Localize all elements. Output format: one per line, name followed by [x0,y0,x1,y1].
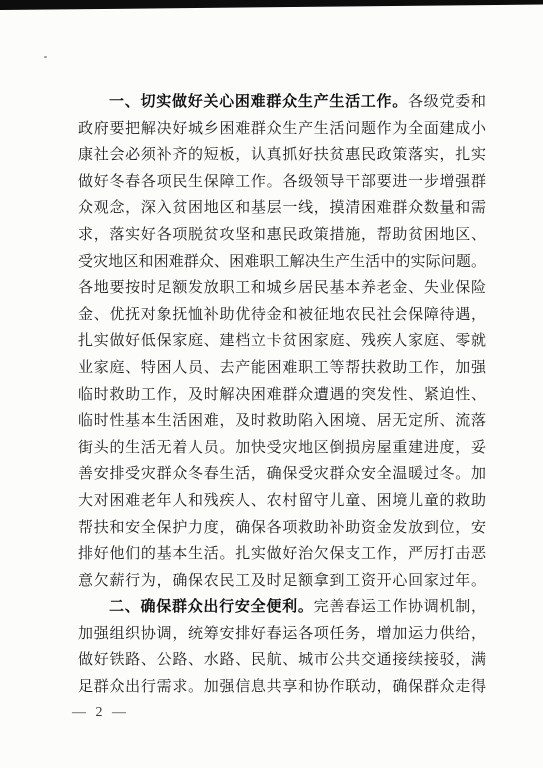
text-line: 二、确保群众出行安全便利。完善春运工作协调机制， [78,594,486,621]
text-line: 加强组织协调，统筹安排好春运各项任务，增加运力供给， [78,621,486,648]
body-text: 金、优抚对象抚恤补助优待金和被征地农民社会保障待遇， [78,307,486,323]
body-text: 各地要按时足额发放职工和城乡居民基本养老金、失业保险 [78,280,486,296]
body-text: 康社会必须补齐的短板，认真抓好扶贫惠民政策落实，扎实 [78,147,486,163]
section-heading: 一、切实做好关心困难群众生产生活工作。 [109,93,408,110]
body-text: 排好他们的基本生活。扎实做好治欠保支工作，严厉打击恶 [78,546,486,562]
scan-artifact-top-bar [0,0,543,10]
body-text: 意欠薪行为，确保农民工及时足额拿到工资开心回家过年。 [78,573,486,589]
body-text: 大对困难老年人和残疾人、农村留守儿童、困境儿童的救助 [78,493,486,509]
text-line: 帮扶和安全保护力度，确保各项救助补助资金发放到位，安 [78,515,486,542]
body-text: 业家庭、特困人员、去产能困难职工等帮扶救助工作，加强 [78,360,486,376]
text-line: 求，落实好各项脱贫攻坚和惠民政策措施，帮助贫困地区、 [78,222,486,249]
body-text: 做好铁路、公路、水路、民航、城市公共交通接续接驳，满 [78,652,486,668]
body-text: 政府要把解决好城乡困难群众生产生活问题作为全面建成小 [78,121,486,137]
body-text: 求，落实好各项脱贫攻坚和惠民政策措施，帮助贫困地区、 [78,227,486,243]
text-line: 做好冬春各项民生保障工作。各级领导干部要进一步增强群 [78,169,486,196]
text-line: 受灾地区和困难群众、困难职工解决生产生活中的实际问题。 [78,249,486,276]
text-line: 扎实做好低保家庭、建档立卡贫困家庭、残疾人家庭、零就 [78,328,486,355]
body-text: 各级党委和 [408,94,486,110]
text-line: 排好他们的基本生活。扎实做好治欠保支工作，严厉打击恶 [78,541,486,568]
body-text: 扎实做好低保家庭、建档立卡贫困家庭、残疾人家庭、零就 [78,333,486,349]
body-text: 帮扶和安全保护力度，确保各项救助补助资金发放到位，安 [78,520,486,536]
body-text: 街头的生活无着人员。加快受灾地区倒损房屋重建进度，妥 [78,440,486,456]
body-text: 加强组织协调，统筹安排好春运各项任务，增加运力供给， [78,626,486,642]
body-text: 临时救助工作，及时解决困难群众遭遇的突发性、紧迫性、 [78,387,486,403]
text-line: 街头的生活无着人员。加快受灾地区倒损房屋重建进度，妥 [78,435,486,462]
text-line: 意欠薪行为，确保农民工及时足额拿到工资开心回家过年。 [78,568,486,595]
document-page: 一、切实做好关心困难群众生产生活工作。各级党委和政府要把解决好城乡困难群众生产生… [0,0,543,768]
body-text: 做好冬春各项民生保障工作。各级领导干部要进一步增强群 [78,174,486,190]
text-line: 康社会必须补齐的短板，认真抓好扶贫惠民政策落实，扎实 [78,142,486,169]
text-line: 临时性基本生活困难，及时救助陷入困境、居无定所、流落 [78,408,486,435]
text-line: 做好铁路、公路、水路、民航、城市公共交通接续接驳，满 [78,647,486,674]
text-block: 一、切实做好关心困难群众生产生活工作。各级党委和政府要把解决好城乡困难群众生产生… [78,89,486,701]
body-text: 完善春运工作协调机制， [314,599,486,615]
text-line: 足群众出行需求。加强信息共享和协作联动，确保群众走得 [78,674,486,701]
text-line: 临时救助工作，及时解决困难群众遭遇的突发性、紧迫性、 [78,382,486,409]
text-line: 众观念，深入贫困地区和基层一线，摸清困难群众数量和需 [78,195,486,222]
text-line: 政府要把解决好城乡困难群众生产生活问题作为全面建成小 [78,116,486,143]
text-line: 业家庭、特困人员、去产能困难职工等帮扶救助工作，加强 [78,355,486,382]
body-text: 足群众出行需求。加强信息共享和协作联动，确保群众走得 [78,679,486,695]
text-line: 金、优抚对象抚恤补助优待金和被征地农民社会保障待遇， [78,302,486,329]
text-line: 善安排受灾群众冬春生活，确保受灾群众安全温暖过冬。加 [78,461,486,488]
text-line: 大对困难老年人和残疾人、农村留守儿童、困境儿童的救助 [78,488,486,515]
page-number: — 2 — [72,703,129,723]
text-line: 一、切实做好关心困难群众生产生活工作。各级党委和 [78,89,486,116]
body-text: 受灾地区和困难群众、困难职工解决生产生活中的实际问题。 [78,254,486,270]
text-line: 各地要按时足额发放职工和城乡居民基本养老金、失业保险 [78,275,486,302]
body-text: 善安排受灾群众冬春生活，确保受灾群众安全温暖过冬。加 [78,466,486,482]
body-text: 临时性基本生活困难，及时救助陷入困境、居无定所、流落 [78,413,486,429]
body-text: 众观念，深入贫困地区和基层一线，摸清困难群众数量和需 [78,200,486,216]
scan-artifact-speck [44,56,47,58]
section-heading: 二、确保群众出行安全便利。 [109,598,314,615]
